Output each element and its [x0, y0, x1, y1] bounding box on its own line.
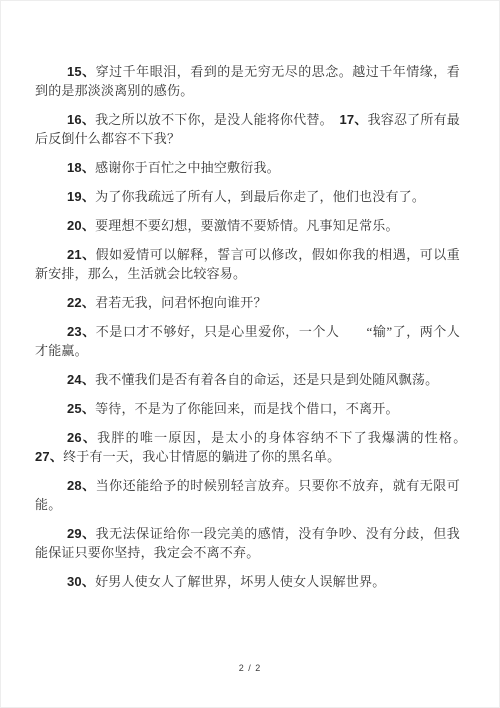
quote-number: 27、 — [35, 449, 63, 464]
quote-paragraph: 29、我无法保证给你一段完美的感情，没有争吵、没有分歧，但我能保证只要你坚持，我… — [35, 524, 460, 562]
quote-paragraph: 16、我之所以放不下你，是没人能将你代替。 17、我容忍了所有最后反倒什么都容不… — [35, 110, 460, 148]
quote-paragraph: 25、等待，不是为了你能回来，而是找个借口，不离开。 — [35, 399, 460, 418]
quote-number: 28、 — [67, 478, 96, 493]
quote-paragraph: 30、好男人使女人了解世界，坏男人使女人误解世界。 — [35, 572, 460, 591]
quote-paragraph: 22、君若无我，问君怀抱向谁开？ — [35, 293, 460, 312]
quote-paragraph: 26、我胖的唯一原因，是太小的身体容纳不下了我爆满的性格。 27、终于有一天，我… — [35, 428, 460, 466]
quote-paragraph: 24、我不懂我们是否有着各自的命运，还是只是到处随风飘荡。 — [35, 370, 460, 389]
quote-number: 22、 — [67, 295, 95, 310]
quote-paragraph: 20、要理想不要幻想，要激情不要矫情。凡事知足常乐。 — [35, 216, 460, 235]
quote-number: 29、 — [67, 526, 96, 541]
quote-number: 17、 — [339, 112, 367, 127]
quote-number: 30、 — [67, 574, 95, 589]
quote-paragraph: 28、当你还能给予的时候别轻言放弃。只要你不放弃，就有无限可能。 — [35, 476, 460, 514]
quote-number: 18、 — [67, 160, 95, 175]
quote-paragraph: 23、不是口才不够好，只是心里爱你，一个人 “输”了，两个人才能赢。 — [35, 322, 460, 360]
quote-number: 15、 — [67, 64, 96, 79]
quote-number: 24、 — [67, 372, 95, 387]
quote-number: 26、 — [67, 430, 97, 445]
quote-number: 16、 — [67, 112, 95, 127]
quote-paragraph: 21、假如爱情可以解释，誓言可以修改，假如你我的相遇，可以重新安排，那么，生活就… — [35, 245, 460, 283]
quote-number: 25、 — [67, 401, 95, 416]
page-number: 2 / 2 — [0, 663, 500, 673]
quote-paragraph: 19、为了你我疏远了所有人，到最后你走了，他们也没有了。 — [35, 187, 460, 206]
quote-list: 15、穿过千年眼泪，看到的是无穷无尽的思念。越过千年情缘，看到的是那淡淡离别的感… — [0, 0, 500, 591]
quote-number: 23、 — [67, 324, 96, 339]
quote-number: 19、 — [67, 189, 95, 204]
quote-number: 20、 — [67, 218, 95, 233]
quote-paragraph: 15、穿过千年眼泪，看到的是无穷无尽的思念。越过千年情缘，看到的是那淡淡离别的感… — [35, 62, 460, 100]
quote-number: 21、 — [67, 247, 96, 262]
document-page: 15、穿过千年眼泪，看到的是无穷无尽的思念。越过千年情缘，看到的是那淡淡离别的感… — [0, 0, 500, 708]
quote-paragraph: 18、感谢你于百忙之中抽空敷衍我。 — [35, 158, 460, 177]
